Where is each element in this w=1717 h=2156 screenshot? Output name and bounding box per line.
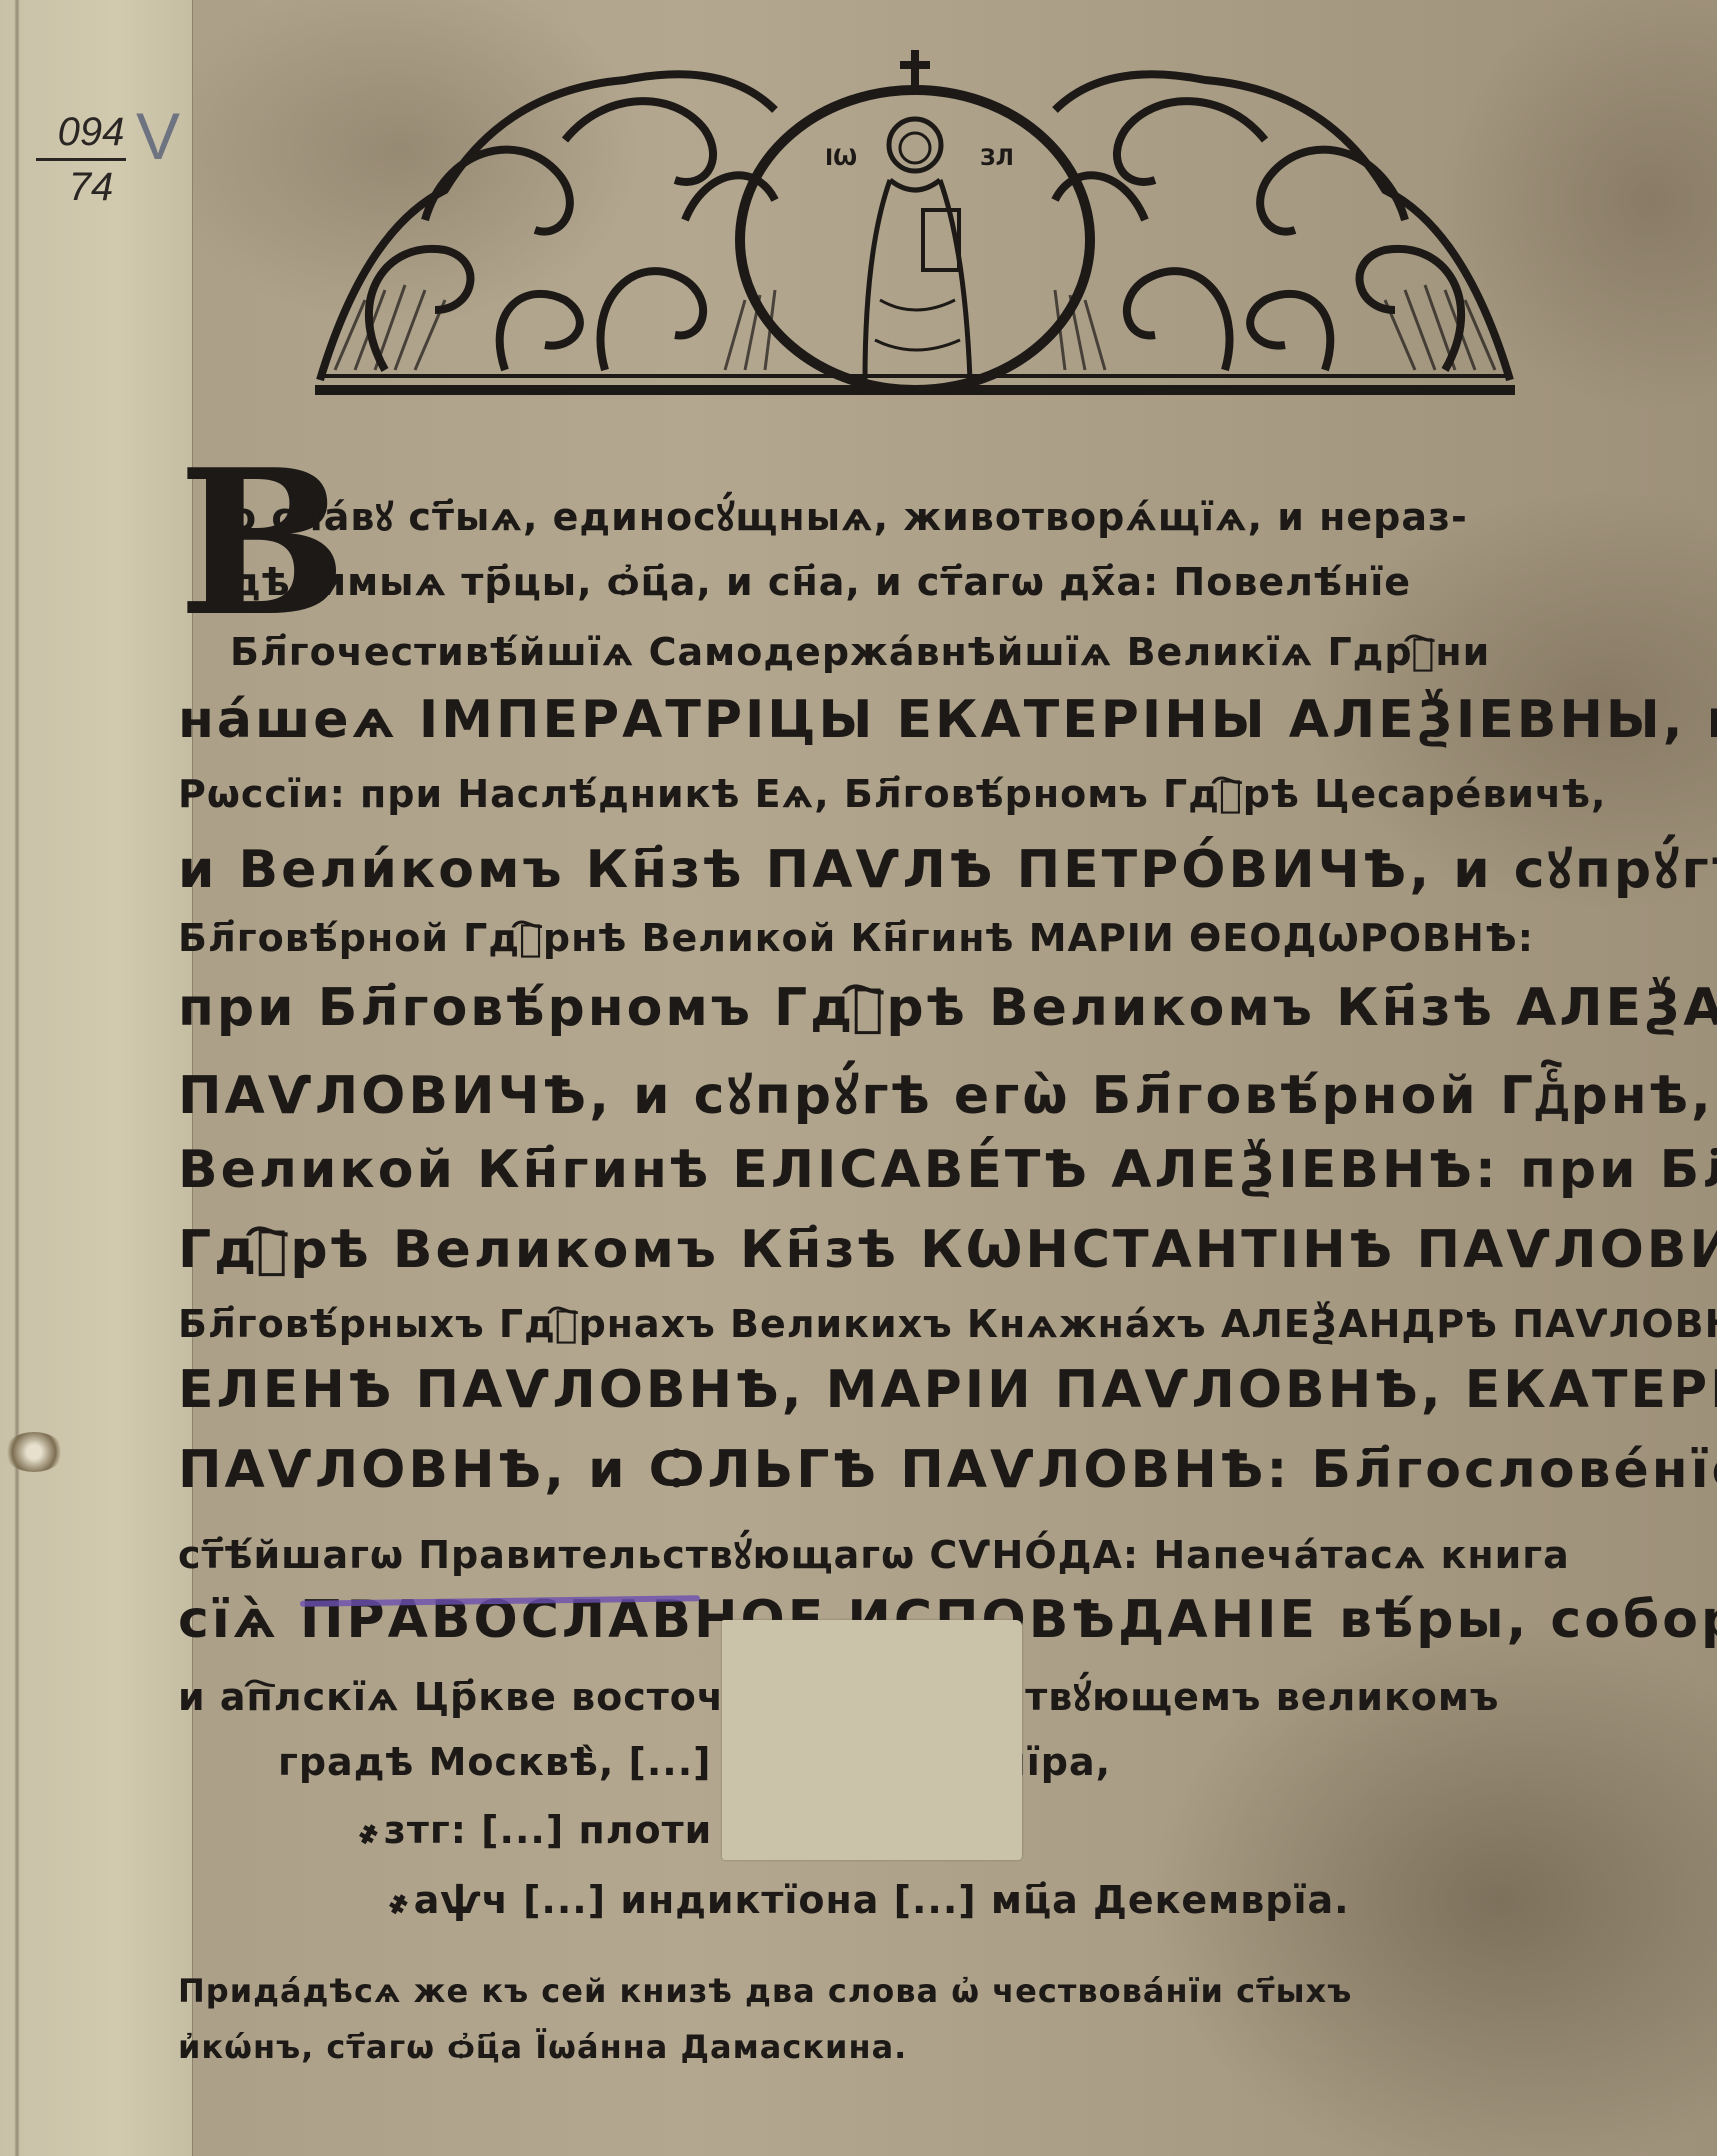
medallion-letters-right: ЗЛ: [980, 146, 1014, 171]
text-line-1: о слáвꙋ ст҃ыѧ, единосꙋ́щныѧ, животворѧ́щ…: [230, 490, 1468, 542]
text-line-8: при Бл҃говѣ́рномъ Гдⷭ҇рѣ Великомъ Кн҃зѣ …: [178, 978, 1717, 1038]
drop-cap: В: [178, 444, 347, 644]
text-line-6: и Вели́комъ Кн҃зѣ ПАѴЛѢ ПЕТРО́ВИЧѢ, и сꙋ…: [178, 832, 1717, 903]
shelfmark-bottom: 74: [36, 165, 146, 209]
text-line-9: ПАѴЛОВИЧѢ, и сꙋпрꙋ́гѣ егѡ̀ Бл҃говѣ́рной …: [178, 1058, 1714, 1129]
binding-guard-strip: [0, 0, 193, 2156]
text-line-20: ҂аѱч [...] индиктїона [...] мц҃а Декемвр…: [388, 1878, 1350, 1922]
pencil-check-mark: V: [136, 98, 180, 174]
shelfmark-top: 094: [36, 110, 146, 154]
text-line-10: Великой Кн҃гинѣ ЕЛІСАВЕ́ТѢ АЛЕѮІЕВНѢ: пр…: [178, 1140, 1717, 1200]
shelfmark-fraction-rule: [36, 158, 126, 161]
text-line-11: Гдⷭ҇рѣ Великомъ Кн҃зѣ КѠНСТАНТІНѢ ПАѴЛОВ…: [178, 1220, 1717, 1280]
text-line-4: на́шеѧ ІМПЕРАТРІЦЫ ЕКАТЕРІНЫ АЛЕѮІЕВНЫ, …: [178, 690, 1717, 750]
text-line-13: ЕЛЕНѢ ПАѴЛОВНѢ, МАРІИ ПАѴЛОВНѢ, ЕКАТЕРІН…: [178, 1360, 1717, 1420]
binding-tear: [4, 1432, 64, 1472]
text-line-21: Прида́дѣсѧ же къ сей книзѣ два слова ѡ҆ …: [178, 1972, 1352, 2010]
text-line-22: и҆кѡ́нъ, ст҃агѡ ѻ҆ц҃а Їѡа́нна Дамаскина.: [178, 2028, 907, 2066]
medallion-letters-left: ІѠ: [825, 146, 857, 171]
paper-repair-patch: [722, 1620, 1022, 1860]
woodcut-headpiece: ІѠ ЗЛ: [305, 50, 1525, 410]
text-line-3: Бл҃гочестивѣ́йшїѧ Самодержа́внѣйшїѧ Вели…: [230, 630, 1490, 674]
text-line-2: дѣлимыѧ тр҃цы, ѻ҆ц҃а, и сн҃а, и ст҃агѡ д…: [230, 560, 1411, 604]
ornament-icon: ІѠ ЗЛ: [305, 50, 1525, 410]
text-line-14: ПАѴЛОВНѢ, и ѺЛЬГѢ ПАѴЛОВНѢ: Бл҃гослове́н…: [178, 1440, 1717, 1500]
binding-crease: [14, 0, 20, 2156]
text-line-7: Бл҃говѣ́рной Гдⷭ҇рнѣ Великой Кн҃гинѣ МАР…: [178, 916, 1534, 960]
shelfmark: 094 74 V: [36, 110, 146, 209]
text-line-5: Рѡссїи: при Наслѣ́дникѣ Еѧ, Бл҃говѣ́рном…: [178, 772, 1606, 816]
text-line-15: ст҃ѣ́йшагѡ Правительствꙋ́ющагѡ СѴНО́ДА: …: [178, 1528, 1570, 1580]
text-line-12: Бл҃говѣ́рныхъ Гдⷭ҇рнахъ Великихъ Кнѧжна́…: [178, 1302, 1717, 1346]
